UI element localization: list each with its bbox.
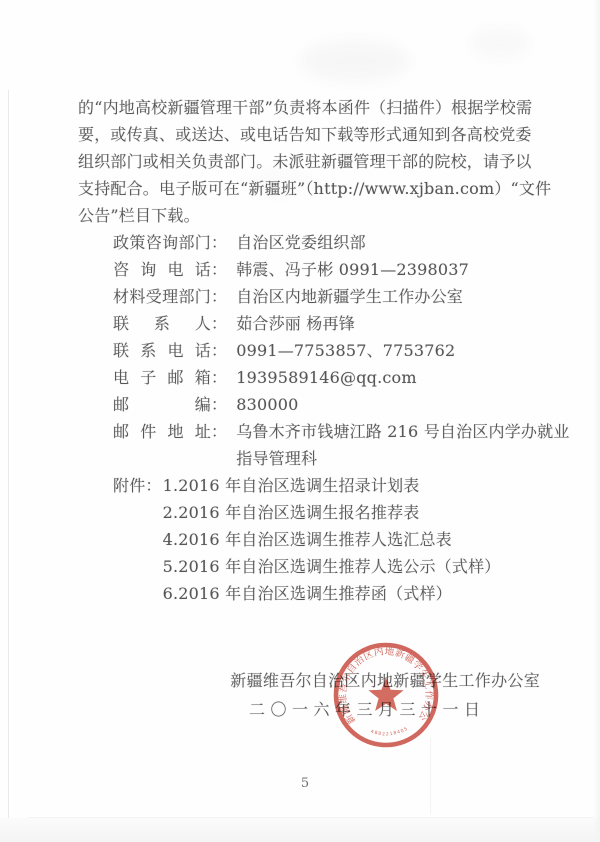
contact-row-material-dept: 材料受理部门： 自治区内地新疆学生工作办公室	[113, 283, 548, 310]
contact-row-contact-person: 联系人： 茹合莎丽 杨再锋	[113, 310, 548, 337]
scan-shade-bottom	[0, 818, 600, 842]
contact-label: 电子邮箱	[113, 364, 211, 391]
paragraph-line: 要，或传真、或送达、或电话告知下载等形式通知到各高校党委	[78, 121, 548, 148]
colon: ：	[211, 391, 227, 418]
seal-code: 4882218405	[370, 726, 410, 738]
attachment-item: 4.2016 年自治区选调生推荐人选汇总表	[163, 526, 501, 553]
seal-ring-text: 新疆维吾尔自治区内地新疆学生工作办公室	[325, 634, 435, 726]
address-line: 指导管理科	[236, 449, 317, 468]
contact-label: 咨询电话	[113, 256, 211, 283]
ink-bleed-smudge	[300, 40, 410, 82]
colon: ：	[211, 337, 227, 364]
attachment-item: 2.2016 年自治区选调生报名推荐表	[163, 499, 501, 526]
paragraph-line: 公告”栏目下载。	[78, 202, 548, 229]
contact-label: 联系人	[113, 310, 211, 337]
official-seal: 新疆维吾尔自治区内地新疆学生工作办公室 4882218405	[325, 634, 447, 756]
contact-row-postcode: 邮编： 830000	[113, 391, 548, 418]
contact-label: 联系电话	[113, 337, 211, 364]
contact-value: 1939589146@qq.com	[236, 364, 417, 391]
colon: ：	[211, 283, 227, 310]
page-number: 5	[0, 776, 600, 791]
attachment-item: 1.2016 年自治区选调生招录计划表	[163, 472, 501, 499]
contact-value: 乌鲁木齐市钱塘江路 216 号自治区内学办就业 指导管理科	[236, 418, 569, 472]
scan-edge-left	[8, 90, 9, 818]
colon: ：	[211, 229, 227, 256]
contact-info-block: 政策咨询部门： 自治区党委组织部 咨询电话： 韩震、冯子彬 0991—23980…	[113, 229, 548, 472]
document-body: 的“内地高校新疆管理干部”负责将本函件（扫描件）根据学校需 要，或传真、或送达、…	[78, 94, 548, 607]
contact-value: 830000	[236, 391, 298, 418]
body-paragraph: 的“内地高校新疆管理干部”负责将本函件（扫描件）根据学校需 要，或传真、或送达、…	[78, 94, 548, 229]
contact-label: 政策咨询部门	[113, 229, 211, 256]
contact-label: 邮编	[113, 391, 211, 418]
scan-shade-right	[593, 0, 600, 842]
attachment-item: 6.2016 年自治区选调生推荐函（式样）	[163, 580, 501, 607]
contact-value: 0991—7753857、7753762	[236, 337, 455, 364]
attachment-item: 5.2016 年自治区选调生推荐人选公示（式样）	[163, 553, 501, 580]
address-line: 乌鲁木齐市钱塘江路 216 号自治区内学办就业	[236, 422, 569, 441]
contact-row-email: 电子邮箱： 1939589146@qq.com	[113, 364, 548, 391]
contact-row-policy-dept: 政策咨询部门： 自治区党委组织部	[113, 229, 548, 256]
contact-row-phone: 联系电话： 0991—7753857、7753762	[113, 337, 548, 364]
contact-label: 邮件地址	[113, 418, 211, 445]
contact-value: 自治区党委组织部	[236, 229, 366, 256]
paragraph-line: 的“内地高校新疆管理干部”负责将本函件（扫描件）根据学校需	[78, 94, 548, 121]
attachments-heading: 附件：	[113, 472, 162, 499]
colon: ：	[145, 476, 161, 495]
colon: ：	[211, 364, 227, 391]
colon: ：	[211, 310, 227, 337]
attachments-block: 附件： 1.2016 年自治区选调生招录计划表 2.2016 年自治区选调生报名…	[113, 472, 548, 607]
ink-bleed-smudge	[470, 28, 530, 58]
scanned-document-page: 的“内地高校新疆管理干部”负责将本函件（扫描件）根据学校需 要，或传真、或送达、…	[0, 0, 600, 842]
colon: ：	[211, 418, 227, 445]
contact-value: 茹合莎丽 杨再锋	[236, 310, 355, 337]
contact-label: 材料受理部门	[113, 283, 211, 310]
attachments-list: 1.2016 年自治区选调生招录计划表 2.2016 年自治区选调生报名推荐表 …	[163, 472, 501, 607]
paragraph-line: 支持配合。电子版可在“新疆班”（http://www.xjban.com）“文件	[78, 175, 548, 202]
seal-star-icon	[368, 678, 403, 712]
colon: ：	[211, 256, 227, 283]
contact-row-mail-address: 邮件地址： 乌鲁木齐市钱塘江路 216 号自治区内学办就业 指导管理科	[113, 418, 548, 472]
paragraph-line: 组织部门或相关负责部门。未派驻新疆管理干部的院校，请予以	[78, 148, 548, 175]
contact-value: 自治区内地新疆学生工作办公室	[236, 283, 463, 310]
contact-value: 韩震、冯子彬 0991—2398037	[236, 256, 469, 283]
contact-row-inquiry-phone: 咨询电话： 韩震、冯子彬 0991—2398037	[113, 256, 548, 283]
